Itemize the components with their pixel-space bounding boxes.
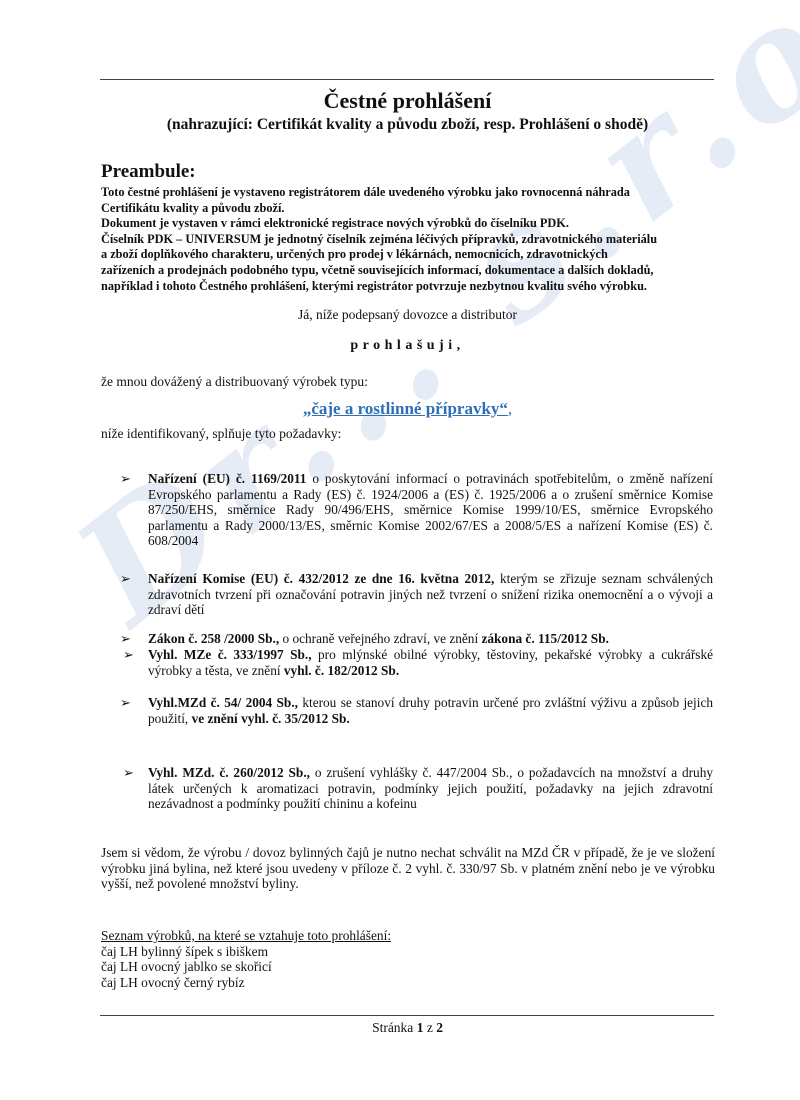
preamble-line: a zboží doplňkového charakteru, určených… [101, 247, 721, 263]
page-subtitle: (nahrazující: Certifikát kvality a původ… [0, 116, 800, 134]
arrow-bullet-icon: ➢ [120, 571, 131, 587]
page-total: 2 [436, 1020, 443, 1035]
arrow-bullet-icon: ➢ [120, 471, 131, 487]
preamble-line: zařízeních a prodejnách podobného typu, … [101, 263, 721, 279]
awareness-statement: Jsem si vědom, že výrobu / dovoz bylinný… [101, 845, 715, 892]
declarer-line: Já, níže podepsaný dovozce a distributor [0, 307, 800, 323]
product-type-link[interactable]: „čaje a rostlinné přípravky“ [303, 399, 508, 418]
preamble-line: Certifikátu kvality a původu zboží. [101, 201, 721, 217]
preamble-line: Toto čestné prohlášení je vystaveno regi… [101, 185, 721, 201]
arrow-bullet-icon: ➢ [123, 765, 134, 781]
page-title: Čestné prohlášení [0, 88, 800, 114]
requirement-item: ➢ Zákon č. 258 /2000 Sb., o ochraně veře… [148, 631, 713, 647]
requirement-reference: Nařízení (EU) č. 1169/2011 [148, 471, 306, 486]
requirement-item: ➢ Vyhl.MZd č. 54/ 2004 Sb., kterou se st… [148, 695, 713, 726]
declaration-word: prohlašuji, [0, 338, 800, 354]
product-list: Seznam výrobků, na které se vztahuje tot… [101, 928, 391, 990]
requirements-intro: níže identifikovaný, splňuje tyto požada… [101, 426, 341, 442]
requirement-reference: Zákon č. 258 /2000 Sb., [148, 631, 279, 646]
requirement-item: ➢ Vyhl. MZd. č. 260/2012 Sb., o zrušení … [148, 765, 713, 812]
requirement-item: ➢ Nařízení (EU) č. 1169/2011 o poskytová… [148, 471, 713, 549]
requirement-item: ➢ Nařízení Komise (EU) č. 432/2012 ze dn… [148, 571, 713, 618]
requirement-reference: Vyhl. MZd. č. 260/2012 Sb., [148, 765, 310, 780]
page-number: 1 [417, 1020, 424, 1035]
preamble-heading: Preambule: [101, 161, 196, 183]
product-list-item: čaj LH ovocný jablko se skořicí [101, 959, 391, 975]
header-rule [100, 79, 714, 80]
requirement-reference: Vyhl. MZe č. 333/1997 Sb., [148, 647, 312, 662]
product-list-item: čaj LH bylinný šípek s ibiškem [101, 944, 391, 960]
requirement-amendment: zákona č. 115/2012 Sb. [481, 631, 608, 646]
page-footer: Stránka 1 z 2 [0, 1020, 800, 1036]
product-type-comma: , [508, 399, 512, 418]
preamble-line: například i tohoto Čestného prohlášení, … [101, 279, 721, 295]
preamble-body: Toto čestné prohlášení je vystaveno regi… [101, 185, 721, 294]
preamble-line: Číselník PDK – UNIVERSUM je jednotný čís… [101, 232, 721, 248]
arrow-bullet-icon: ➢ [120, 631, 131, 647]
product-list-heading: Seznam výrobků, na které se vztahuje tot… [101, 928, 391, 944]
requirement-reference: Vyhl.MZd č. 54/ 2004 Sb., [148, 695, 298, 710]
arrow-bullet-icon: ➢ [120, 695, 131, 711]
product-intro: že mnou dovážený a distribuovaný výrobek… [101, 374, 368, 390]
requirement-text: o ochraně veřejného zdraví, ve znění [279, 631, 481, 646]
requirement-amendment: vyhl. č. 182/2012 Sb. [284, 663, 399, 678]
preamble-line: Dokument je vystaven v rámci elektronick… [101, 216, 721, 232]
page-of-label: z [427, 1020, 433, 1035]
product-list-item: čaj LH ovocný černý rybíz [101, 975, 391, 991]
arrow-bullet-icon: ➢ [123, 647, 134, 663]
footer-rule [100, 1015, 714, 1016]
requirement-reference: Nařízení Komise (EU) č. 432/2012 ze dne … [148, 571, 494, 586]
page-label: Stránka [372, 1020, 413, 1035]
product-type: „čaje a rostlinné přípravky“, [0, 399, 800, 419]
requirement-item: ➢ Vyhl. MZe č. 333/1997 Sb., pro mlýnské… [148, 647, 713, 678]
requirement-amendment: ve znění vyhl. č. 35/2012 Sb. [192, 711, 350, 726]
